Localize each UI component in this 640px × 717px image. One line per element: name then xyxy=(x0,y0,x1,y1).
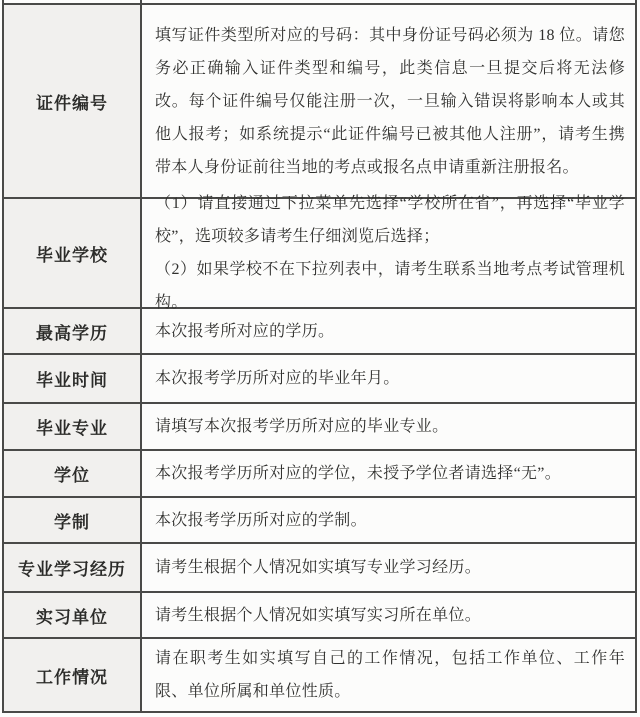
row-description: 请考生根据个人情况如实填写专业学习经历。 xyxy=(142,544,635,591)
row-label: 证件编号 xyxy=(4,5,142,197)
row-label: 最高学历 xyxy=(4,309,142,353)
row-description-text: 请考生根据个人情况如实填写专业学习经历。 xyxy=(155,551,625,584)
table-row: 学位 本次报考学历所对应的学位，未授予学位者请选择“无”。 xyxy=(4,451,635,498)
table-row: 毕业时间 本次报考学历所对应的毕业年月。 xyxy=(4,355,635,404)
table-row: 毕业专业 请填写本次报考学历所对应的毕业专业。 xyxy=(4,404,635,451)
table-row: 专业学习经历 请考生根据个人情况如实填写专业学习经历。 xyxy=(4,544,635,593)
row-description-text: 请填写本次报考学历所对应的毕业专业。 xyxy=(155,410,625,443)
row-description: 本次报考所对应的学历。 xyxy=(142,309,635,353)
instruction-table: 证件编号 填写证件类型所对应的号码：其中身份证号码必须为 18 位。请您务必正确… xyxy=(2,3,637,713)
row-description-text: （1）请直接通过下拉菜单先选择“学校所在省”，再选择“毕业学校”，选项较多请考生… xyxy=(155,187,625,319)
row-description: 请填写本次报考学历所对应的毕业专业。 xyxy=(142,404,635,449)
row-label: 专业学习经历 xyxy=(4,544,142,591)
row-label: 工作情况 xyxy=(4,639,142,711)
row-description: 本次报考学历所对应的毕业年月。 xyxy=(142,355,635,402)
row-description: 填写证件类型所对应的号码：其中身份证号码必须为 18 位。请您务必正确输入证件类… xyxy=(142,5,635,197)
row-description-text: 本次报考学历所对应的学位，未授予学位者请选择“无”。 xyxy=(155,457,625,490)
table-row: 最高学历 本次报考所对应的学历。 xyxy=(4,309,635,355)
row-description-text: 请在职考生如实填写自己的工作情况，包括工作单位、工作年限、单位所属和单位性质。 xyxy=(155,642,625,708)
row-description-text: 本次报考学历所对应的学制。 xyxy=(155,504,625,537)
row-label: 学位 xyxy=(4,451,142,496)
row-description-text: 本次报考学历所对应的毕业年月。 xyxy=(155,362,625,395)
row-label: 毕业学校 xyxy=(4,199,142,307)
row-description-text: 请考生根据个人情况如实填写实习所在单位。 xyxy=(155,599,625,632)
table-row: 学制 本次报考学历所对应的学制。 xyxy=(4,498,635,544)
row-description: 本次报考学历所对应的学位，未授予学位者请选择“无”。 xyxy=(142,451,635,496)
row-description-text: 本次报考所对应的学历。 xyxy=(155,315,625,348)
row-description-text: 填写证件类型所对应的号码：其中身份证号码必须为 18 位。请您务必正确输入证件类… xyxy=(155,19,625,184)
row-description: （1）请直接通过下拉菜单先选择“学校所在省”，再选择“毕业学校”，选项较多请考生… xyxy=(142,199,635,307)
table-row: 毕业学校 （1）请直接通过下拉菜单先选择“学校所在省”，再选择“毕业学校”，选项… xyxy=(4,199,635,309)
table-row: 证件编号 填写证件类型所对应的号码：其中身份证号码必须为 18 位。请您务必正确… xyxy=(4,5,635,199)
row-description: 请在职考生如实填写自己的工作情况，包括工作单位、工作年限、单位所属和单位性质。 xyxy=(142,639,635,711)
row-label: 实习单位 xyxy=(4,593,142,637)
row-label: 学制 xyxy=(4,498,142,542)
row-description: 请考生根据个人情况如实填写实习所在单位。 xyxy=(142,593,635,637)
table-row: 工作情况 请在职考生如实填写自己的工作情况，包括工作单位、工作年限、单位所属和单… xyxy=(4,639,635,711)
table-row: 实习单位 请考生根据个人情况如实填写实习所在单位。 xyxy=(4,593,635,639)
row-label: 毕业时间 xyxy=(4,355,142,402)
row-description: 本次报考学历所对应的学制。 xyxy=(142,498,635,542)
row-label: 毕业专业 xyxy=(4,404,142,449)
